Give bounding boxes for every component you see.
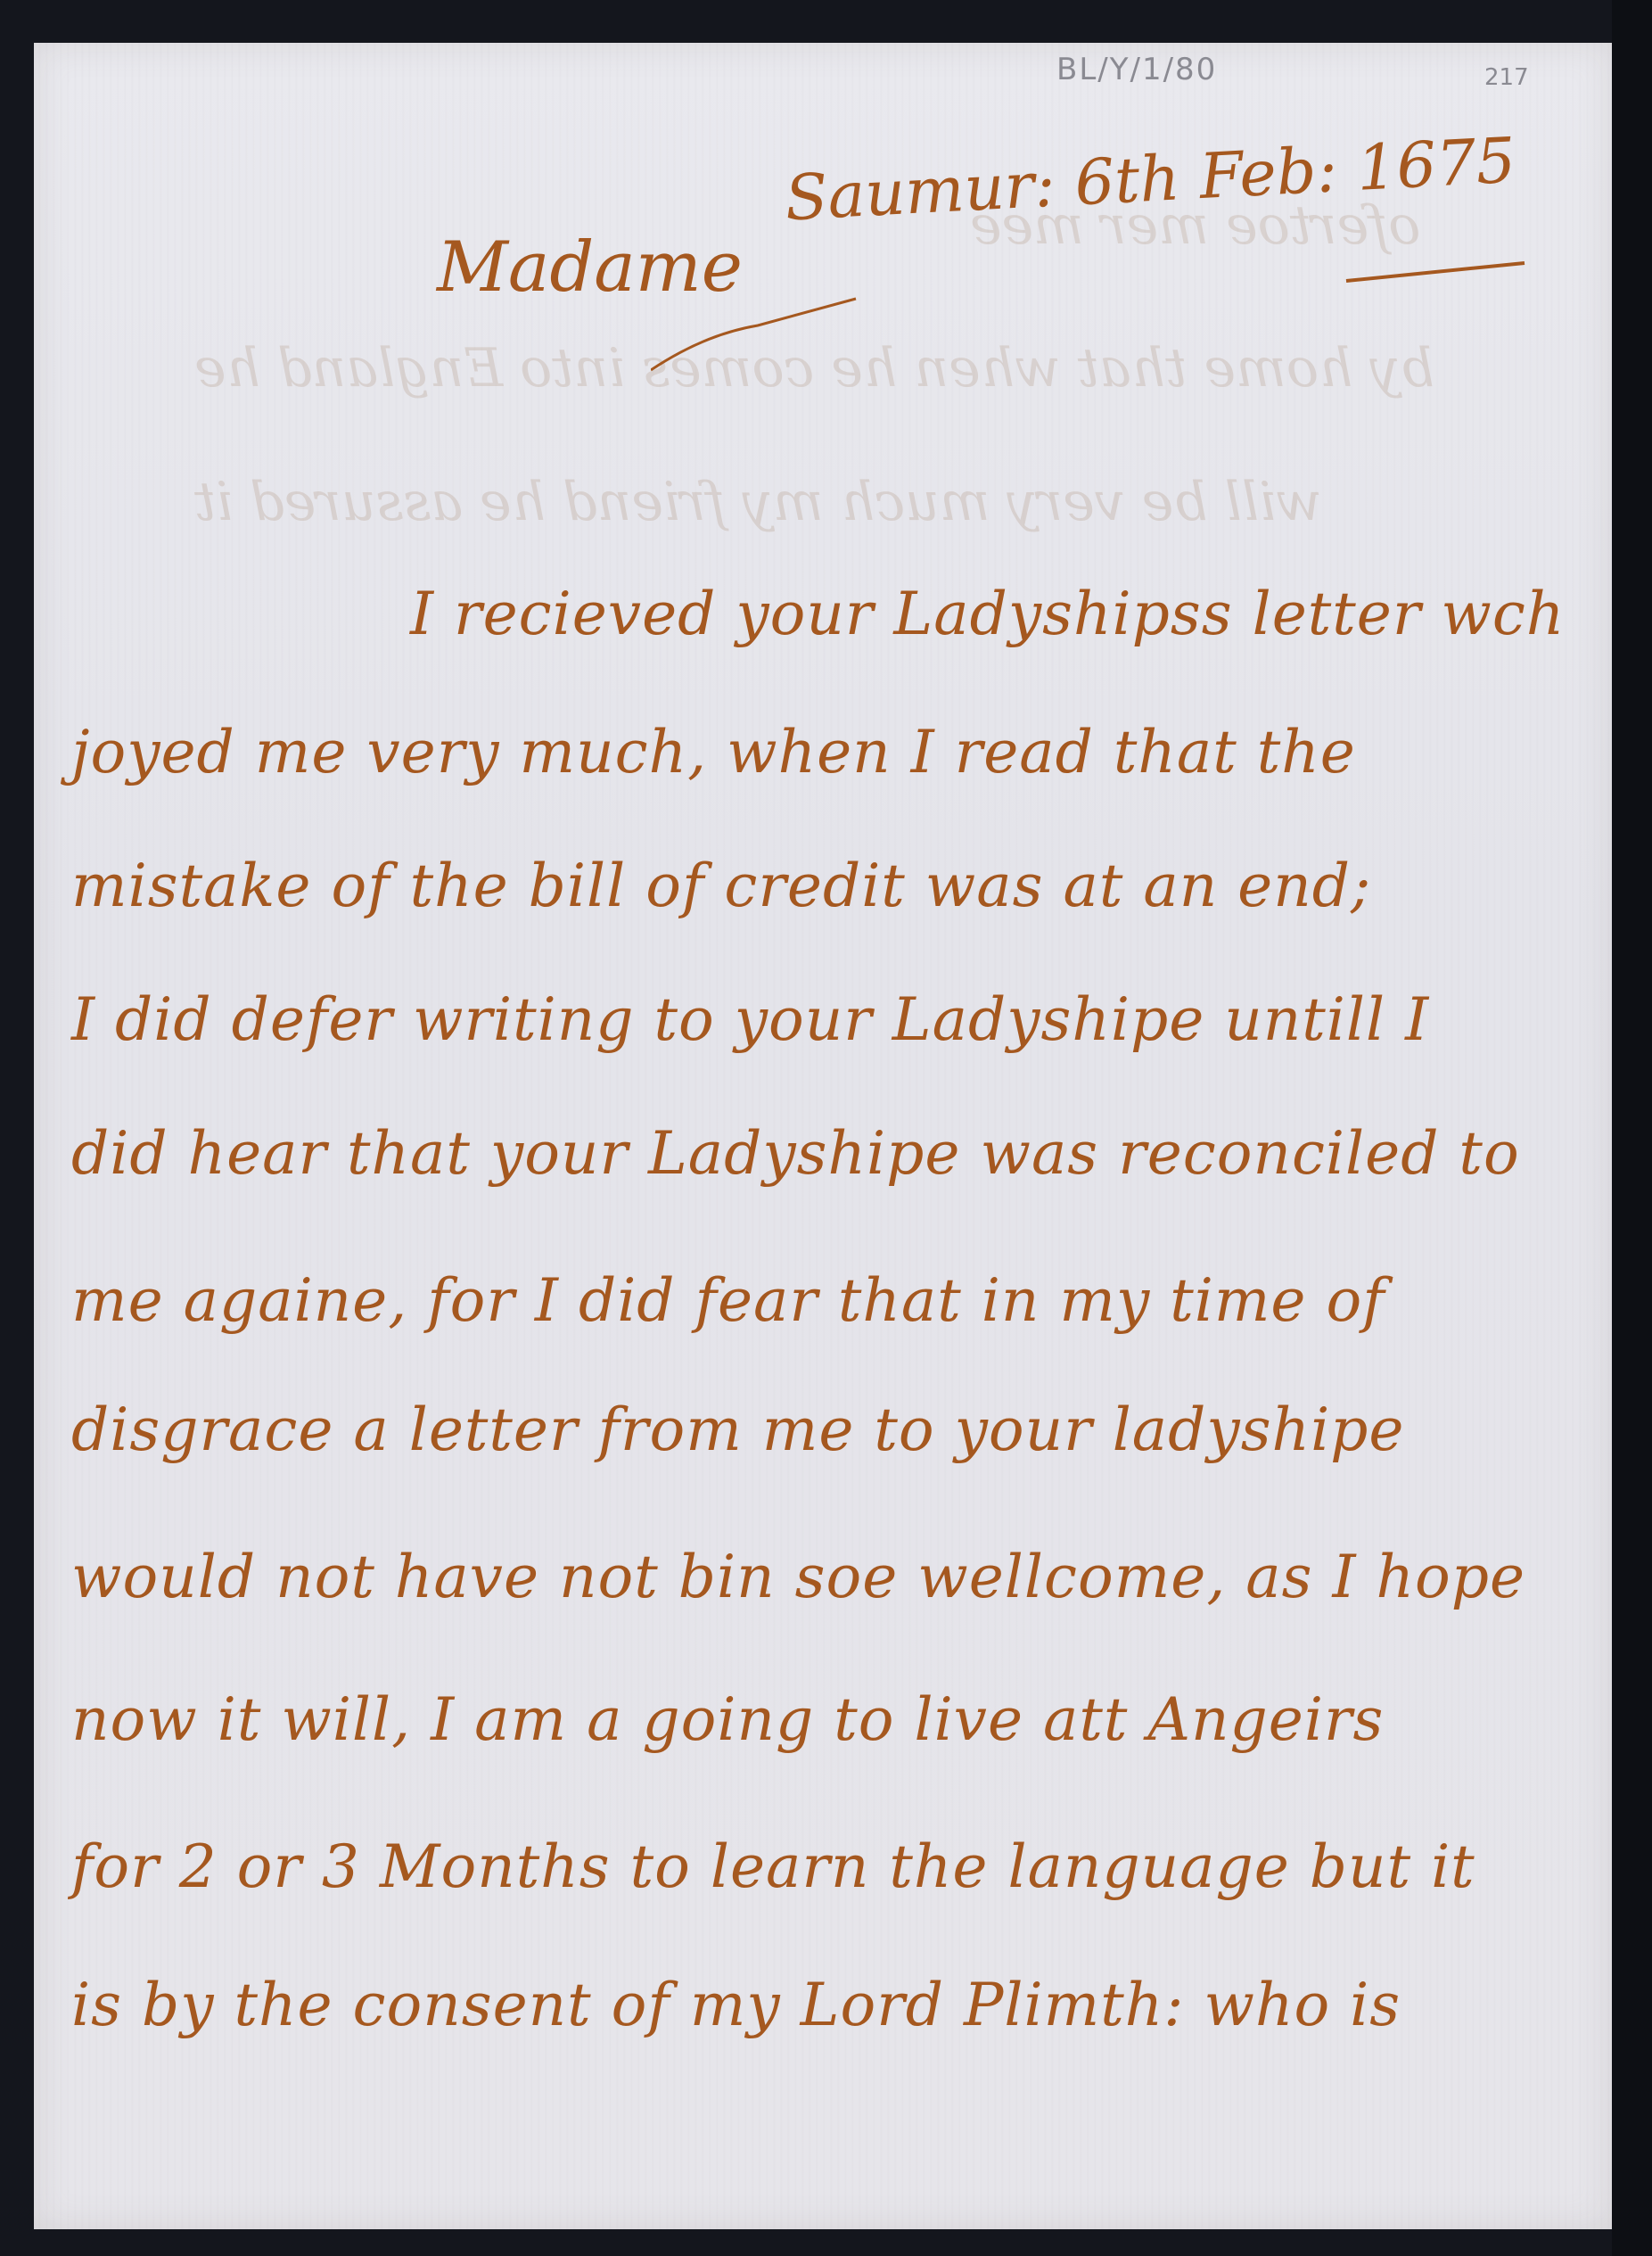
letter-line: me againe, for I did fear that in my tim… — [71, 1266, 1385, 1335]
letter-line: would not have not bin soe wellcome, as … — [71, 1543, 1525, 1611]
letter-line: I recieved your Ladyshipss letter wch — [410, 580, 1565, 648]
letter-line: disgrace a letter from me to your ladysh… — [71, 1396, 1404, 1464]
letter-line: for 2 or 3 Months to learn the language … — [71, 1832, 1475, 1901]
folio-number: 217 — [1484, 64, 1529, 91]
letter-line: is by the consent of my Lord Plimth: who… — [71, 1971, 1401, 2039]
letter-line: mistake of the bill of credit was at an … — [71, 852, 1371, 920]
bleed-through-text: will be very much my friend he assured i… — [194, 471, 1322, 533]
letter-line: did hear that your Ladyshipe was reconci… — [71, 1119, 1520, 1188]
flourish-icon — [651, 254, 1542, 379]
letter-line: now it will, I am a going to live att An… — [71, 1685, 1384, 1754]
archive-reference: BL/Y/1/80 — [1056, 52, 1217, 87]
letter-line: joyed me very much, when I read that the — [71, 718, 1356, 786]
letter-line: I did defer writing to your Ladyshipe un… — [71, 985, 1429, 1054]
scan-border — [1612, 0, 1652, 2256]
